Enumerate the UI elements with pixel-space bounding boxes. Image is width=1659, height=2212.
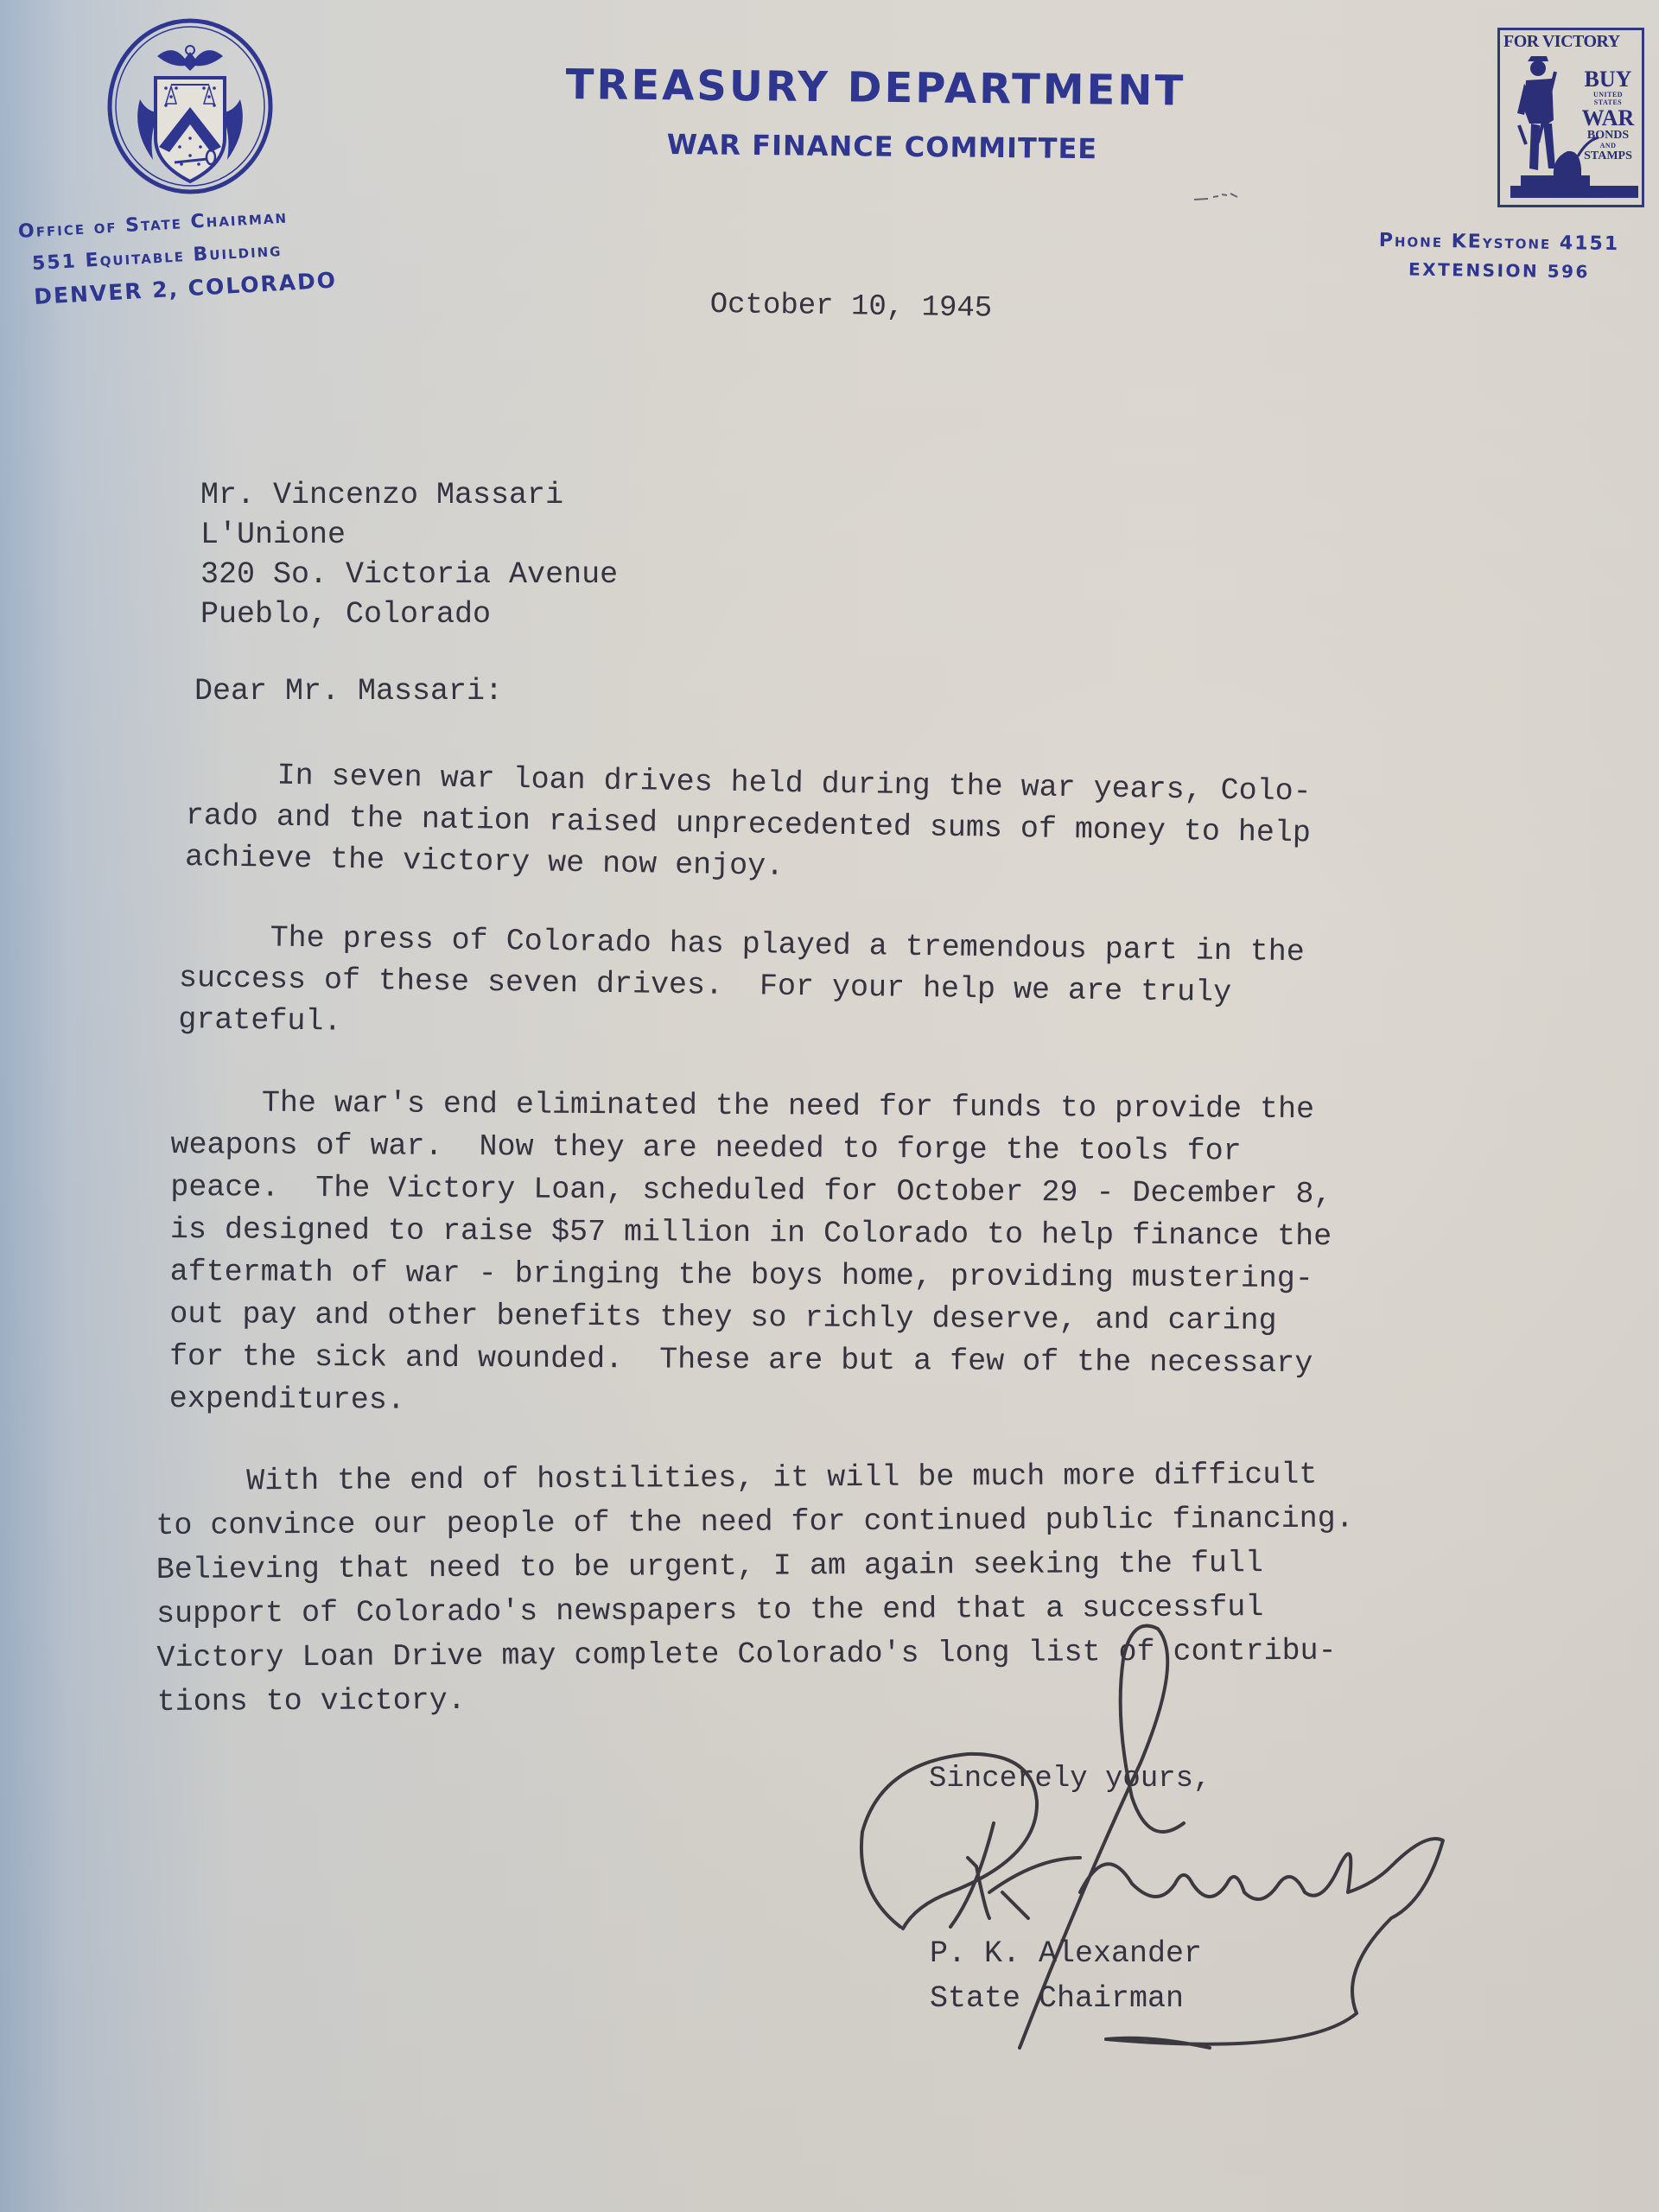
body-paragraph: The war's end eliminated the need for fu… [169,1082,1333,1427]
signer-name: P. K. Alexander [930,1931,1202,1976]
letter-page: TREASURY DEPARTMENT WAR FINANCE COMMITTE… [0,0,1659,2212]
stamp-buy: BUY [1580,68,1637,91]
committee-heading: WAR FINANCE COMMITTEE [667,128,1098,165]
salutation: Dear Mr. Massari: [194,674,503,709]
recipient-line: 320 So. Victoria Avenue [200,555,618,594]
ink-smudge-icon [1192,192,1241,202]
recipient-address: Mr. Vincenzo Massari L'Unione 320 So. Vi… [200,475,618,634]
body-paragraph: With the end of hostilities, it will be … [156,1453,1355,1725]
stamp-war: WAR [1580,107,1637,130]
stamp-text: BUY UNITED STATES WAR BONDS AND STAMPS [1580,68,1637,162]
recipient-line: L'Unione [200,515,618,555]
body-paragraph: In seven war loan drives held during the… [185,753,1312,895]
stamp-stamps: STAMPS [1580,150,1637,162]
signer-block: P. K. Alexander State Chairman [930,1931,1202,2021]
office-address: Office of State Chairman 551 Equitable B… [17,199,338,315]
war-bonds-stamp: FOR VICTORY BUY UNITED STATES WAR BONDS … [1497,28,1644,207]
signer-title: State Chairman [930,1976,1202,2021]
phone-block: Phone KEystone 4151 EXTENSION 596 [1339,232,1659,281]
stamp-and: AND [1580,143,1637,149]
body-paragraph: The press of Colorado has played a treme… [178,916,1305,1056]
recipient-line: Mr. Vincenzo Massari [200,475,618,515]
letter-date: October 10, 1945 [709,289,992,326]
treasury-seal-icon [105,17,275,195]
stamp-bonds: BONDS [1580,130,1637,142]
phone-number: Phone KEystone 4151 [1339,229,1659,256]
stamp-united: UNITED [1580,92,1637,99]
stamp-title: FOR VICTORY [1503,32,1642,52]
closing: Sincerely yours, [929,1763,1211,1796]
phone-extension: EXTENSION 596 [1339,257,1659,283]
recipient-line: Pueblo, Colorado [200,594,618,634]
department-heading: TREASURY DEPARTMENT [565,60,1185,116]
